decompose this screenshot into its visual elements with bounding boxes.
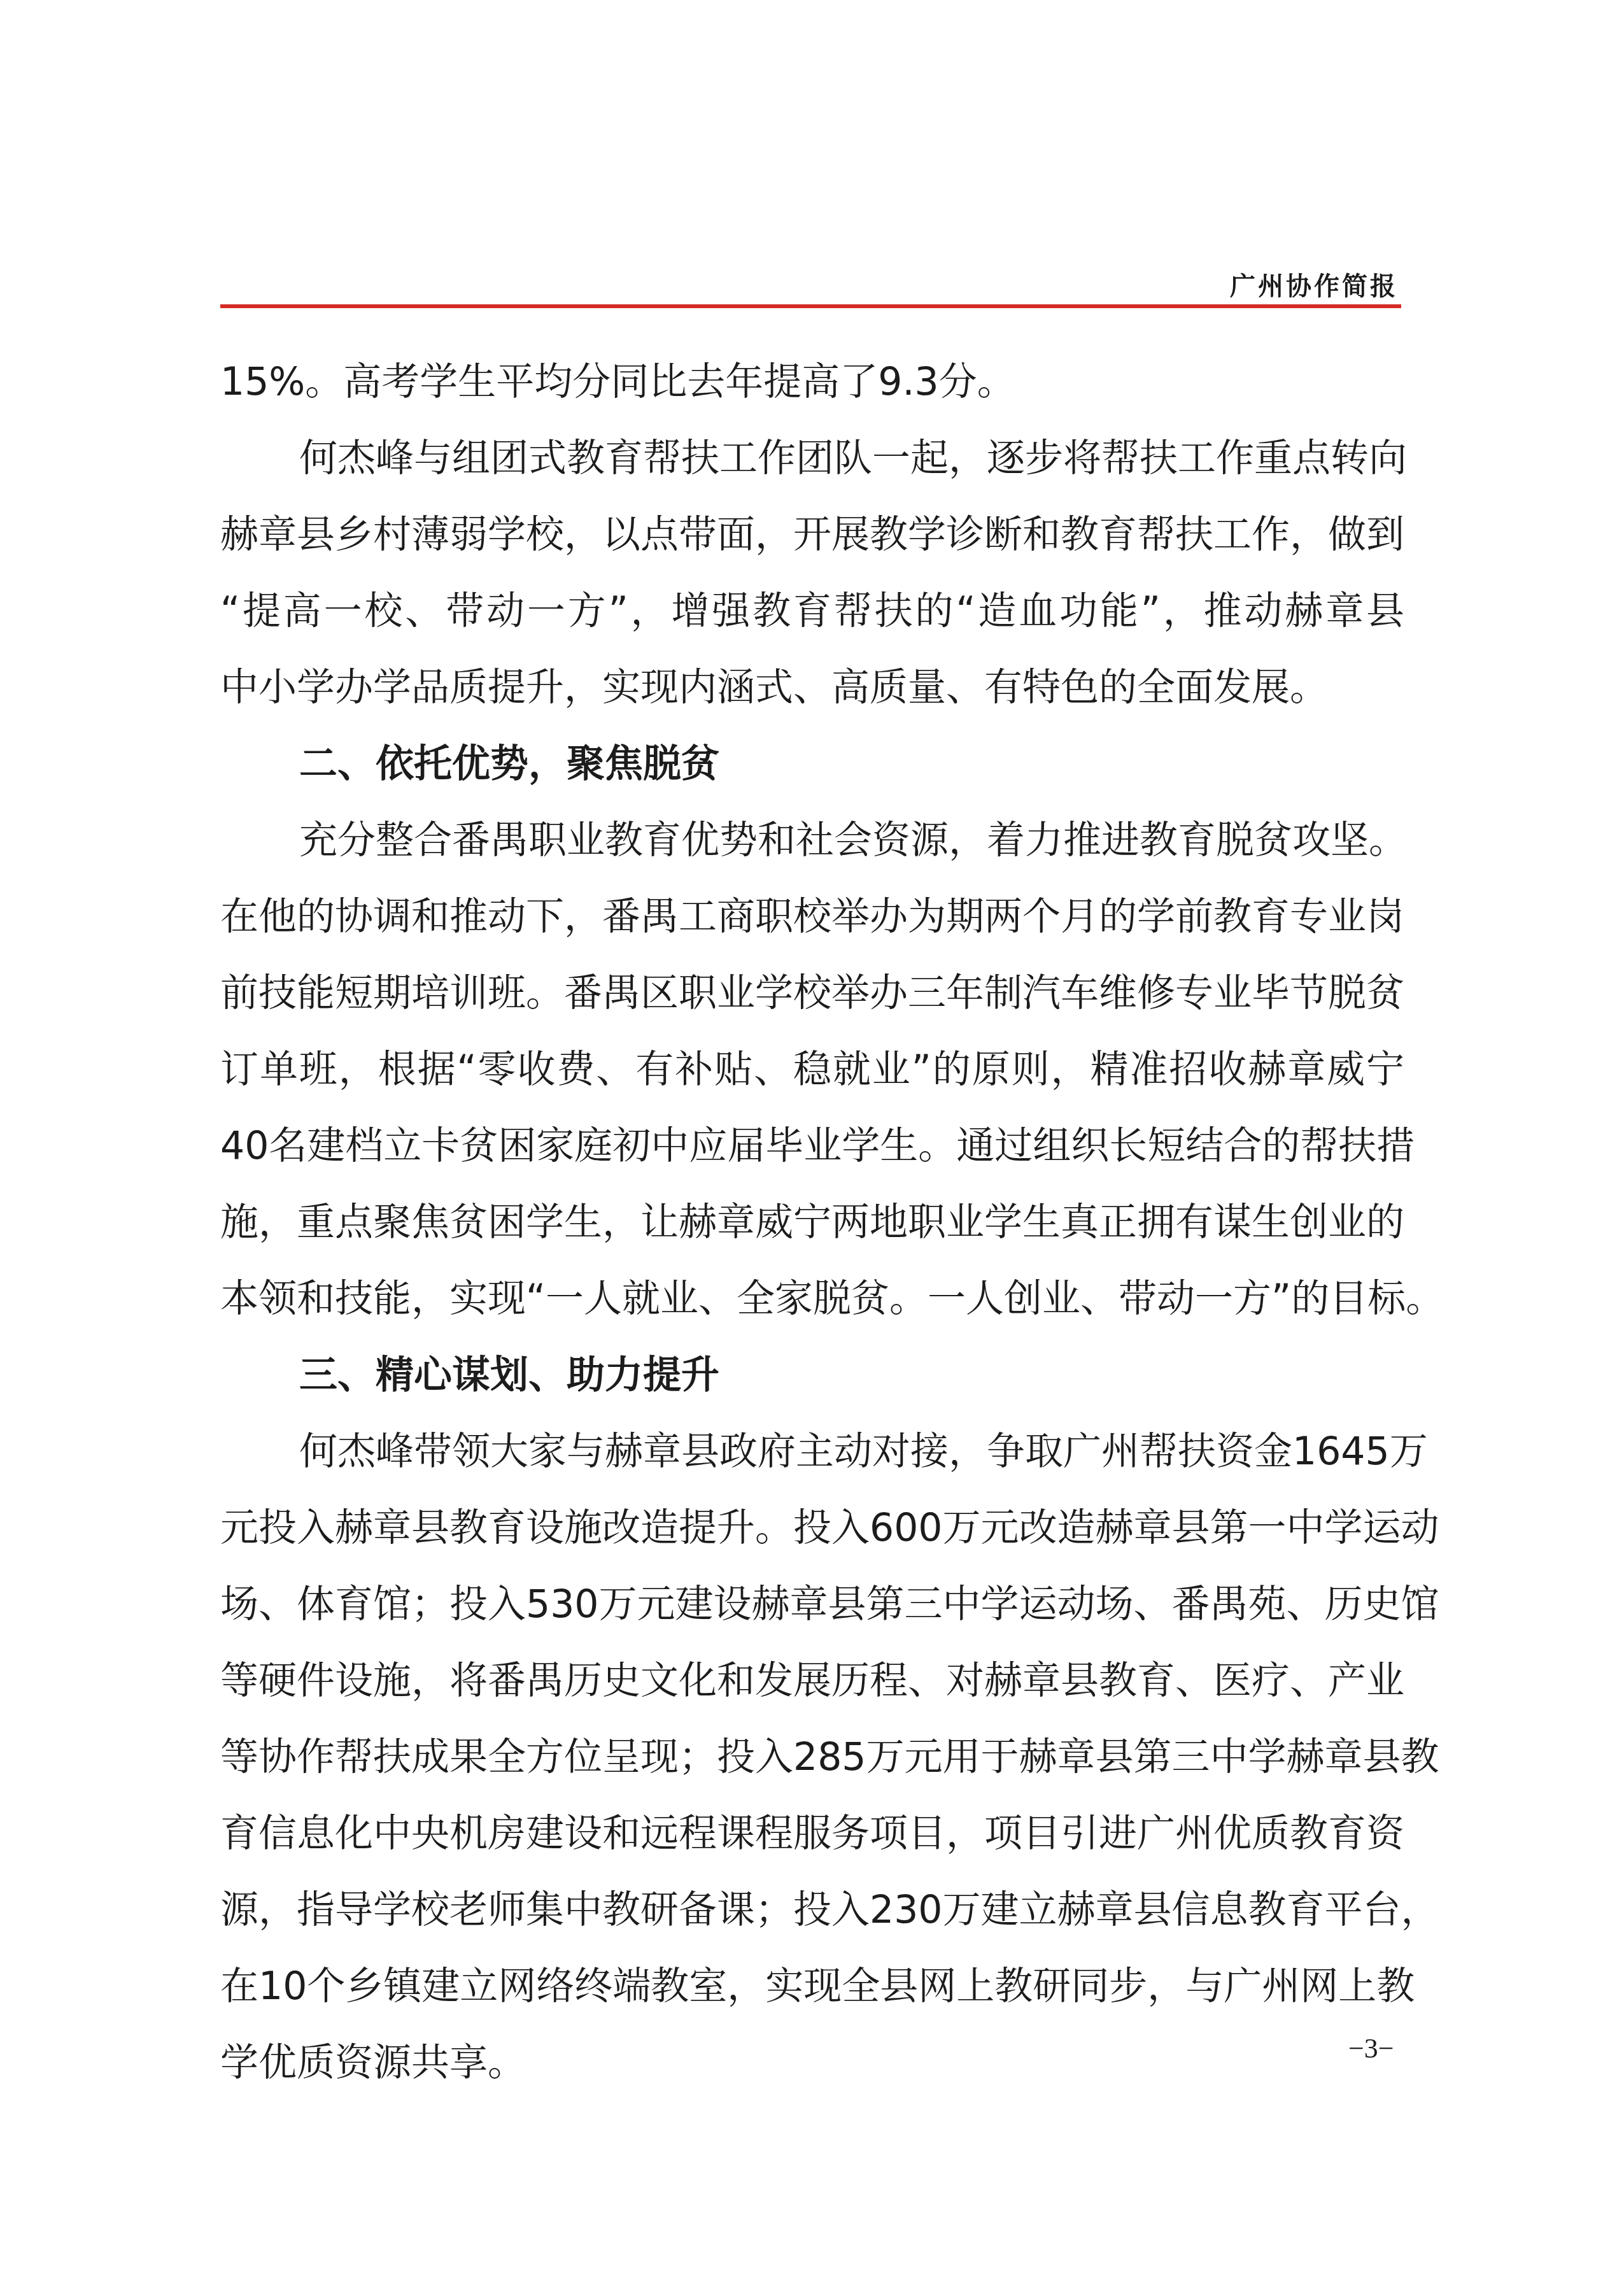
paragraph-line: 赫章县乡村薄弱学校，以点带面，开展教学诊断和教育帮扶工作，做到	[220, 497, 1404, 573]
paragraph-line: 订单班，根据“零收费、有补贴、稳就业”的原则，精准招收赫章威宁	[220, 1031, 1404, 1108]
paragraph-line: 何杰峰与组团式教育帮扶工作团队一起，逐步将帮扶工作重点转向	[220, 420, 1404, 497]
paragraph-line: 源，指导学校老师集中教研备课；投入230万建立赫章县信息教育平台，	[220, 1872, 1404, 1948]
paragraph-line: 施，重点聚焦贫困学生，让赫章威宁两地职业学生真正拥有谋生创业的	[220, 1184, 1404, 1261]
paragraph-line: 等协作帮扶成果全方位呈现；投入285万元用于赫章县第三中学赫章县教	[220, 1719, 1404, 1795]
paragraph-line: 充分整合番禺职业教育优势和社会资源，着力推进教育脱贫攻坚。	[220, 802, 1404, 879]
header-red-rule	[220, 304, 1401, 308]
paragraph-line: 场、体育馆；投入530万元建设赫章县第三中学运动场、番禺苑、历史馆	[220, 1566, 1404, 1643]
paragraph-line: 在他的协调和推动下，番禺工商职校举办为期两个月的学前教育专业岗	[220, 879, 1404, 955]
paragraph-line: 前技能短期培训班。番禺区职业学校举办三年制汽车维修专业毕节脱贫	[220, 955, 1404, 1031]
paragraph-line: 等硬件设施，将番禺历史文化和发展历程、对赫章县教育、医疗、产业	[220, 1643, 1404, 1719]
section-heading: 二、依托优势，聚焦脱贫	[220, 726, 1404, 802]
section-heading: 三、精心谋划、助力提升	[220, 1337, 1404, 1413]
page-number: −3−	[1348, 2032, 1394, 2065]
paragraph-line: 学优质资源共享。	[220, 2025, 1404, 2101]
paragraph-line: “提高一校、带动一方”，增强教育帮扶的“造血功能”，推动赫章县	[220, 573, 1404, 649]
paragraph-line: 育信息化中央机房建设和远程课程服务项目，项目引进广州优质教育资	[220, 1795, 1404, 1872]
paragraph-line: 中小学办学品质提升，实现内涵式、高质量、有特色的全面发展。	[220, 649, 1404, 726]
document-page: 广州协作简报 15%。高考学生平均分同比去年提高了9.3分。 何杰峰与组团式教育…	[0, 0, 1624, 2278]
article-body: 15%。高考学生平均分同比去年提高了9.3分。 何杰峰与组团式教育帮扶工作团队一…	[220, 344, 1404, 2101]
paragraph-line: 在10个乡镇建立网络终端教室，实现全县网上教研同步，与广州网上教	[220, 1948, 1404, 2025]
publication-title: 广州协作简报	[1230, 266, 1398, 302]
paragraph-line: 15%。高考学生平均分同比去年提高了9.3分。	[220, 344, 1404, 420]
paragraph-line: 40名建档立卡贫困家庭初中应届毕业学生。通过组织长短结合的帮扶措	[220, 1108, 1404, 1184]
paragraph-line: 何杰峰带领大家与赫章县政府主动对接，争取广州帮扶资金1645万	[220, 1413, 1404, 1490]
paragraph-line: 本领和技能，实现“一人就业、全家脱贫。一人创业、带动一方”的目标。	[220, 1261, 1404, 1337]
paragraph-line: 元投入赫章县教育设施改造提升。投入600万元改造赫章县第一中学运动	[220, 1490, 1404, 1566]
